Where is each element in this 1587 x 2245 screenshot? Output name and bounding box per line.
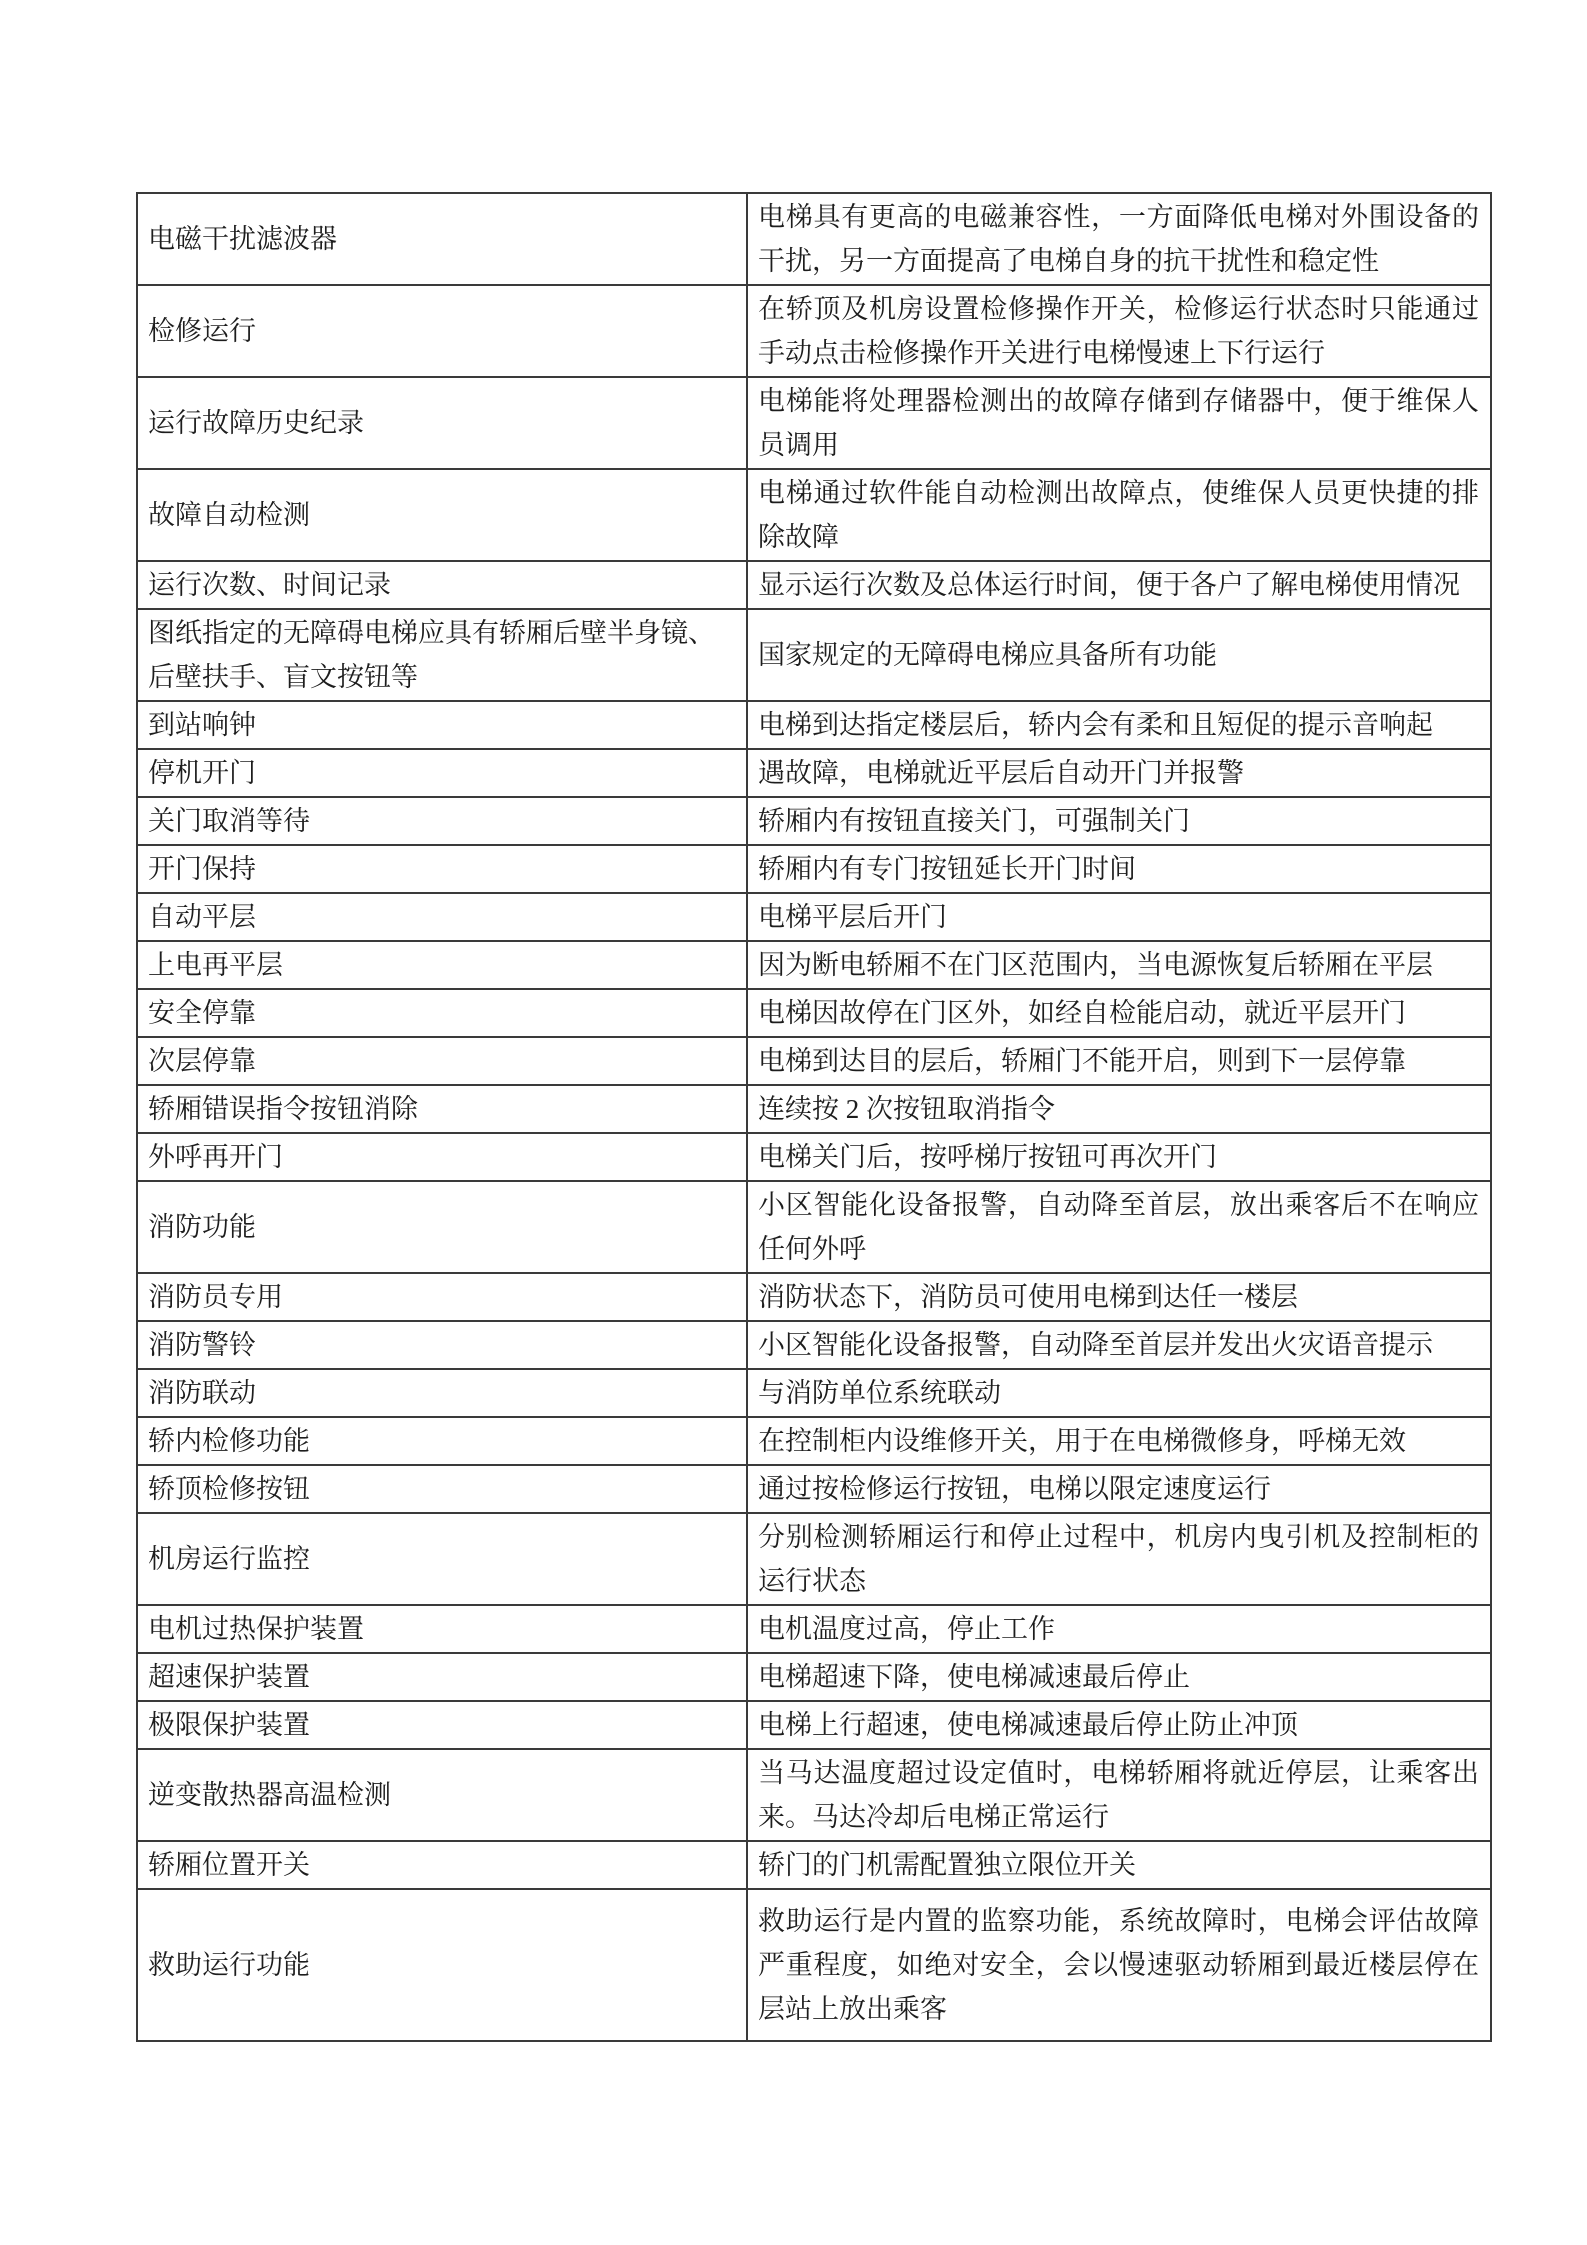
feature-cell: 运行故障历史纪录 — [137, 377, 747, 469]
document-page: 电磁干扰滤波器电梯具有更高的电磁兼容性，一方面降低电梯对外围设备的干扰，另一方面… — [136, 192, 1490, 2042]
table-row: 轿厢位置开关轿门的门机需配置独立限位开关 — [137, 1841, 1491, 1889]
feature-cell: 逆变散热器高温检测 — [137, 1749, 747, 1841]
feature-cell: 极限保护装置 — [137, 1701, 747, 1749]
table-row: 轿内检修功能在控制柜内设维修开关，用于在电梯微修身，呼梯无效 — [137, 1417, 1491, 1465]
table-row: 自动平层电梯平层后开门 — [137, 893, 1491, 941]
description-cell: 在轿顶及机房设置检修操作开关，检修运行状态时只能通过手动点击检修操作开关进行电梯… — [747, 285, 1491, 377]
table-row: 消防联动与消防单位系统联动 — [137, 1369, 1491, 1417]
table-row: 消防员专用消防状态下，消防员可使用电梯到达任一楼层 — [137, 1273, 1491, 1321]
description-cell: 电梯关门后，按呼梯厅按钮可再次开门 — [747, 1133, 1491, 1181]
table-row: 轿厢错误指令按钮消除连续按 2 次按钮取消指令 — [137, 1085, 1491, 1133]
table-row: 外呼再开门电梯关门后，按呼梯厅按钮可再次开门 — [137, 1133, 1491, 1181]
table-row: 停机开门遇故障，电梯就近平层后自动开门并报警 — [137, 749, 1491, 797]
description-cell: 电梯上行超速，使电梯减速最后停止防止冲顶 — [747, 1701, 1491, 1749]
table-row: 轿顶检修按钮通过按检修运行按钮，电梯以限定速度运行 — [137, 1465, 1491, 1513]
description-cell: 轿厢内有按钮直接关门，可强制关门 — [747, 797, 1491, 845]
description-cell: 电梯通过软件能自动检测出故障点，使维保人员更快捷的排除故障 — [747, 469, 1491, 561]
description-cell: 显示运行次数及总体运行时间，便于各户了解电梯使用情况 — [747, 561, 1491, 609]
elevator-function-table: 电磁干扰滤波器电梯具有更高的电磁兼容性，一方面降低电梯对外围设备的干扰，另一方面… — [136, 192, 1492, 2042]
table-row: 运行次数、时间记录显示运行次数及总体运行时间，便于各户了解电梯使用情况 — [137, 561, 1491, 609]
table-row: 逆变散热器高温检测当马达温度超过设定值时，电梯轿厢将就近停层，让乘客出来。马达冷… — [137, 1749, 1491, 1841]
feature-cell: 故障自动检测 — [137, 469, 747, 561]
description-cell: 电梯具有更高的电磁兼容性，一方面降低电梯对外围设备的干扰，另一方面提高了电梯自身… — [747, 193, 1491, 285]
description-cell: 电梯到达目的层后，轿厢门不能开启，则到下一层停靠 — [747, 1037, 1491, 1085]
feature-cell: 救助运行功能 — [137, 1889, 747, 2041]
table-row: 检修运行在轿顶及机房设置检修操作开关，检修运行状态时只能通过手动点击检修操作开关… — [137, 285, 1491, 377]
description-cell: 当马达温度超过设定值时，电梯轿厢将就近停层，让乘客出来。马达冷却后电梯正常运行 — [747, 1749, 1491, 1841]
description-cell: 电机温度过高，停止工作 — [747, 1605, 1491, 1653]
table-row: 机房运行监控分别检测轿厢运行和停止过程中，机房内曳引机及控制柜的运行状态 — [137, 1513, 1491, 1605]
feature-cell: 到站响钟 — [137, 701, 747, 749]
feature-cell: 消防员专用 — [137, 1273, 747, 1321]
feature-cell: 轿厢错误指令按钮消除 — [137, 1085, 747, 1133]
table-row: 次层停靠电梯到达目的层后，轿厢门不能开启，则到下一层停靠 — [137, 1037, 1491, 1085]
feature-cell: 次层停靠 — [137, 1037, 747, 1085]
table-row: 超速保护装置电梯超速下降，使电梯减速最后停止 — [137, 1653, 1491, 1701]
description-cell: 电梯平层后开门 — [747, 893, 1491, 941]
feature-cell: 消防联动 — [137, 1369, 747, 1417]
feature-cell: 自动平层 — [137, 893, 747, 941]
feature-cell: 开门保持 — [137, 845, 747, 893]
feature-cell: 轿厢位置开关 — [137, 1841, 747, 1889]
description-cell: 与消防单位系统联动 — [747, 1369, 1491, 1417]
table-row: 上电再平层因为断电轿厢不在门区范围内，当电源恢复后轿厢在平层 — [137, 941, 1491, 989]
table-row: 开门保持轿厢内有专门按钮延长开门时间 — [137, 845, 1491, 893]
description-cell: 电梯超速下降，使电梯减速最后停止 — [747, 1653, 1491, 1701]
description-cell: 轿门的门机需配置独立限位开关 — [747, 1841, 1491, 1889]
feature-cell: 轿顶检修按钮 — [137, 1465, 747, 1513]
description-cell: 救助运行是内置的监察功能，系统故障时，电梯会评估故障 严重程度，如绝对安全，会以… — [747, 1889, 1491, 2041]
table-row: 消防功能小区智能化设备报警，自动降至首层，放出乘客后不在响应任何外呼 — [137, 1181, 1491, 1273]
description-cell: 消防状态下，消防员可使用电梯到达任一楼层 — [747, 1273, 1491, 1321]
feature-cell: 超速保护装置 — [137, 1653, 747, 1701]
feature-cell: 检修运行 — [137, 285, 747, 377]
feature-cell: 图纸指定的无障碍电梯应具有轿厢后壁半身镜、后壁扶手、盲文按钮等 — [137, 609, 747, 701]
description-cell: 国家规定的无障碍电梯应具备所有功能 — [747, 609, 1491, 701]
feature-cell: 电机过热保护装置 — [137, 1605, 747, 1653]
description-cell: 电梯到达指定楼层后，轿内会有柔和且短促的提示音响起 — [747, 701, 1491, 749]
description-cell: 通过按检修运行按钮，电梯以限定速度运行 — [747, 1465, 1491, 1513]
feature-cell: 轿内检修功能 — [137, 1417, 747, 1465]
table-row: 电机过热保护装置电机温度过高，停止工作 — [137, 1605, 1491, 1653]
table-row: 安全停靠电梯因故停在门区外，如经自检能启动，就近平层开门 — [137, 989, 1491, 1037]
feature-cell: 上电再平层 — [137, 941, 747, 989]
description-cell: 因为断电轿厢不在门区范围内，当电源恢复后轿厢在平层 — [747, 941, 1491, 989]
feature-cell: 机房运行监控 — [137, 1513, 747, 1605]
description-cell: 连续按 2 次按钮取消指令 — [747, 1085, 1491, 1133]
feature-cell: 关门取消等待 — [137, 797, 747, 845]
table-row: 救助运行功能救助运行是内置的监察功能，系统故障时，电梯会评估故障 严重程度，如绝… — [137, 1889, 1491, 2041]
description-cell: 分别检测轿厢运行和停止过程中，机房内曳引机及控制柜的运行状态 — [747, 1513, 1491, 1605]
description-cell: 小区智能化设备报警，自动降至首层，放出乘客后不在响应任何外呼 — [747, 1181, 1491, 1273]
table-row: 极限保护装置电梯上行超速，使电梯减速最后停止防止冲顶 — [137, 1701, 1491, 1749]
table-row: 关门取消等待轿厢内有按钮直接关门，可强制关门 — [137, 797, 1491, 845]
table-row: 运行故障历史纪录电梯能将处理器检测出的故障存储到存储器中，便于维保人员调用 — [137, 377, 1491, 469]
description-cell: 电梯因故停在门区外，如经自检能启动，就近平层开门 — [747, 989, 1491, 1037]
table-row: 消防警铃小区智能化设备报警，自动降至首层并发出火灾语音提示 — [137, 1321, 1491, 1369]
feature-cell: 电磁干扰滤波器 — [137, 193, 747, 285]
table-body: 电磁干扰滤波器电梯具有更高的电磁兼容性，一方面降低电梯对外围设备的干扰，另一方面… — [137, 193, 1491, 2041]
feature-cell: 停机开门 — [137, 749, 747, 797]
feature-cell: 运行次数、时间记录 — [137, 561, 747, 609]
description-cell: 轿厢内有专门按钮延长开门时间 — [747, 845, 1491, 893]
table-row: 到站响钟电梯到达指定楼层后，轿内会有柔和且短促的提示音响起 — [137, 701, 1491, 749]
table-row: 图纸指定的无障碍电梯应具有轿厢后壁半身镜、后壁扶手、盲文按钮等国家规定的无障碍电… — [137, 609, 1491, 701]
table-row: 故障自动检测电梯通过软件能自动检测出故障点，使维保人员更快捷的排除故障 — [137, 469, 1491, 561]
description-cell: 电梯能将处理器检测出的故障存储到存储器中，便于维保人员调用 — [747, 377, 1491, 469]
feature-cell: 消防功能 — [137, 1181, 747, 1273]
description-cell: 在控制柜内设维修开关，用于在电梯微修身，呼梯无效 — [747, 1417, 1491, 1465]
feature-cell: 消防警铃 — [137, 1321, 747, 1369]
description-cell: 小区智能化设备报警，自动降至首层并发出火灾语音提示 — [747, 1321, 1491, 1369]
feature-cell: 外呼再开门 — [137, 1133, 747, 1181]
description-cell: 遇故障，电梯就近平层后自动开门并报警 — [747, 749, 1491, 797]
feature-cell: 安全停靠 — [137, 989, 747, 1037]
table-row: 电磁干扰滤波器电梯具有更高的电磁兼容性，一方面降低电梯对外围设备的干扰，另一方面… — [137, 193, 1491, 285]
